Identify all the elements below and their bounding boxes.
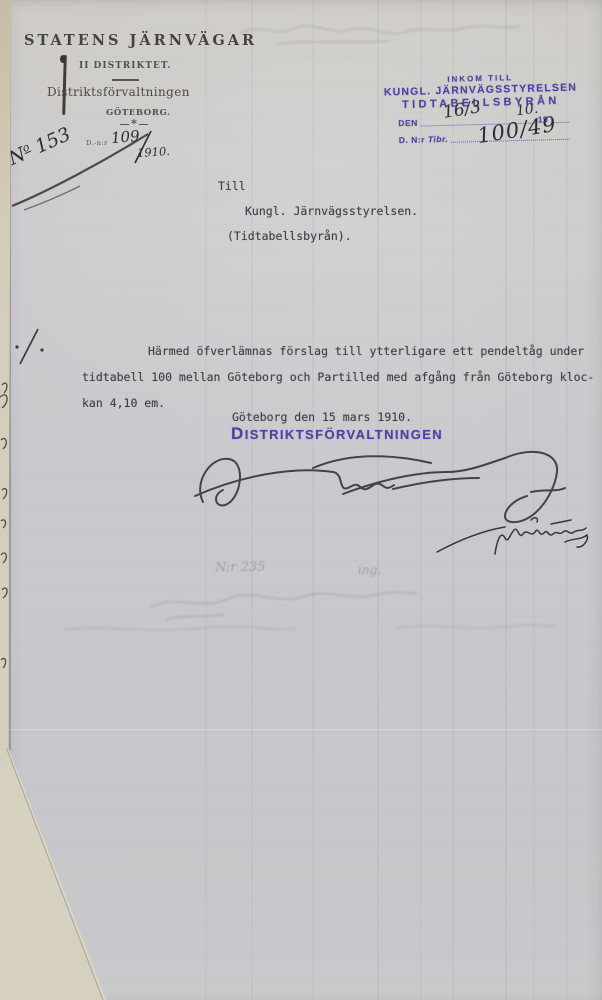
dnr-handwritten-year: 1910.: [137, 144, 171, 160]
letter-page: STATENS JÄRNVÄGAR II DISTRIKTET. Distrik…: [0, 0, 602, 1000]
enclosure-mark: [14, 322, 48, 372]
bleed-handwriting-top: [235, 8, 535, 50]
body-line-3: kan 4,10 em.: [82, 396, 165, 410]
recipient-salutation: Till: [218, 179, 246, 193]
recipient-bureau: (Tidtabellsbyrån).: [227, 229, 352, 243]
paper-crease: [0, 729, 602, 732]
dateline: Göteborg den 15 mars 1910.: [232, 410, 412, 424]
letterhead-district: II DISTRIKTET.: [79, 61, 172, 71]
ghost-stamp-suffix: ing.: [358, 563, 381, 577]
letterhead-city: GÖTEBORG.: [106, 108, 171, 118]
body-line-1: Härmed öfverlämnas förslag till ytterlig…: [148, 344, 584, 358]
signature-2: [435, 512, 595, 567]
body-line-2: tidtabell 100 mellan Göteborg och Partil…: [82, 370, 594, 384]
letterhead-office: Distriktsförvaltningen: [47, 85, 190, 99]
letterhead-divider: [112, 79, 139, 81]
ink-smudge-blob: [60, 55, 66, 63]
scanned-letter: STATENS JÄRNVÄGAR II DISTRIKTET. Distrik…: [0, 0, 602, 1000]
recipient-org: Kungl. Järnvägsstyrelsen.: [245, 204, 418, 218]
letterhead-org: STATENS JÄRNVÄGAR: [24, 32, 257, 49]
bleed-text-band: [62, 618, 562, 642]
ghost-stamp-note: N:r 235: [215, 560, 266, 576]
